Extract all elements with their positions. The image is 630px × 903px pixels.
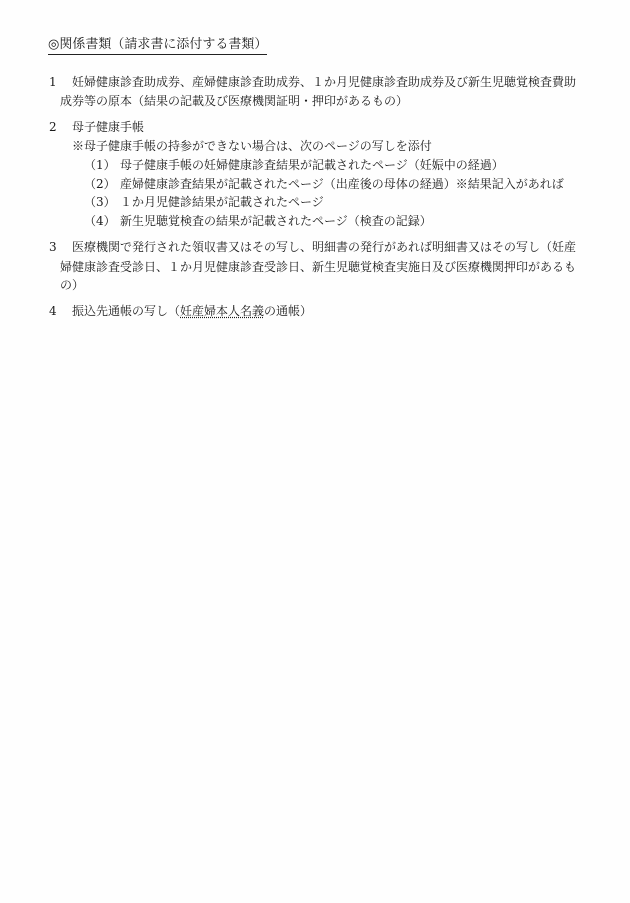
item-text-line: 成券等の原本（結果の記載及び医療機関証明・押印があるもの） bbox=[60, 93, 408, 109]
sub-item-label: （3） bbox=[84, 194, 116, 210]
sub-item-label: （4） bbox=[84, 213, 116, 229]
item-text-line: 振込先通帳の写し（妊産婦本人名義の通帳） bbox=[72, 303, 312, 319]
item-number: 3 bbox=[49, 239, 57, 255]
sub-item-text: １か月児健診結果が記載されたページ bbox=[120, 194, 324, 210]
item-number: 4 bbox=[49, 303, 57, 319]
item-note: ※母子健康手帳の持参ができない場合は、次のページの写しを添付 bbox=[72, 138, 432, 154]
item-text-line: 婦健康診査受診日、１か月児健康診査受診日、新生児聴覚検査実施日及び医療機関押印が… bbox=[60, 259, 576, 275]
item-text-line: 医療機関で発行された領収書又はその写し、明細書の発行があれば明細書又はその写し（… bbox=[72, 239, 576, 255]
item-number: 1 bbox=[49, 74, 57, 90]
item-text-line: の） bbox=[60, 277, 84, 293]
page-title: ◎関係書類（請求書に添付する書類） bbox=[48, 37, 267, 55]
sub-item-label: （2） bbox=[84, 176, 116, 192]
document-page: ◎関係書類（請求書に添付する書類） 1 妊婦健康診査助成券、産婦健康診査助成券、… bbox=[0, 0, 630, 903]
item-text-after: の通帳） bbox=[264, 304, 312, 318]
sub-item-label: （1） bbox=[84, 157, 116, 173]
item-text-line: 母子健康手帳 bbox=[72, 119, 144, 135]
item-number: 2 bbox=[49, 119, 57, 135]
item-text-line: 妊婦健康診査助成券、産婦健康診査助成券、１か月児健康診査助成券及び新生児聴覚検査… bbox=[72, 74, 576, 90]
item-text-before: 振込先通帳の写し（ bbox=[72, 304, 180, 318]
sub-item-text: 母子健康手帳の妊婦健康診査結果が記載されたページ（妊娠中の経過） bbox=[120, 157, 504, 173]
sub-item-text: 新生児聴覚検査の結果が記載されたページ（検査の記録） bbox=[120, 213, 432, 229]
item-text-underlined: 妊産婦本人名義 bbox=[180, 304, 264, 318]
sub-item-text: 産婦健康診査結果が記載されたページ（出産後の母体の経過）※結果記入があれば bbox=[120, 176, 564, 192]
